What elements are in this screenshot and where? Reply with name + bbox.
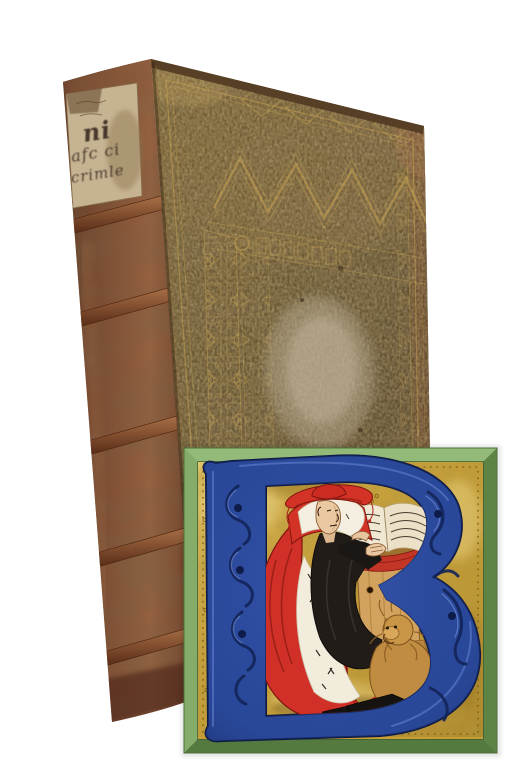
photo-canvas: B: [0, 0, 510, 780]
inset-frame-bevel-left: [184, 448, 198, 753]
lion-face: [383, 627, 399, 640]
lectern-keyhole: [367, 587, 373, 593]
cover-worn-oval-core: [286, 316, 358, 424]
inset-frame-bevel-right: [483, 448, 497, 753]
illuminated-initial-inset: [181, 445, 501, 757]
book-photograph: ni afc ci icrimle: [0, 0, 510, 780]
